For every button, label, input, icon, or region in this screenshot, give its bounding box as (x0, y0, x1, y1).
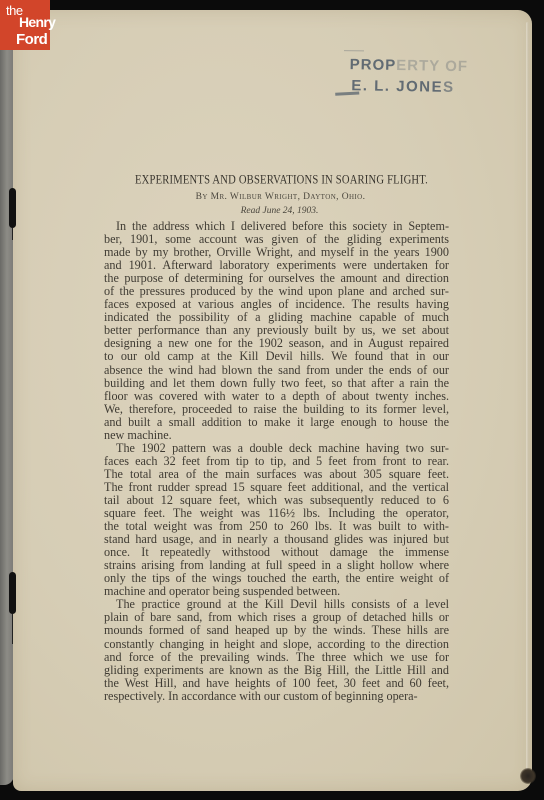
paragraph-3: The practice ground at the Kill Devil hi… (104, 598, 449, 702)
text-line: The 1902 pattern was a double deck machi… (104, 442, 449, 455)
text-line: building and let them down fully two fee… (104, 377, 449, 390)
text-line: The total area of the main surfaces was … (104, 468, 449, 481)
text-line: and built a small addition to make it la… (104, 416, 449, 429)
document-content: EXPERIMENTS AND OBSERVATIONS IN SOARING … (104, 175, 449, 703)
stamp-line-1-strong: PROP (350, 56, 397, 74)
stamp-line-1-faded: ERTY OF (396, 57, 468, 75)
document-byline: By Mr. Wilbur Wright, Dayton, Ohio. (112, 192, 449, 202)
corner-stain (520, 768, 536, 784)
text-line: and force of the prevailing winds. The t… (104, 651, 449, 664)
stamp-line-1: PROPERTY OF (350, 56, 469, 75)
paragraph-1: In the address which I delivered before … (104, 220, 449, 442)
stamp-line-2-faded: S (443, 79, 455, 96)
staple-top-tail (12, 228, 13, 240)
logo-line-henry: Henry (19, 15, 55, 29)
binding-spine (0, 40, 14, 785)
text-line: floor was covered with water to a depth … (104, 390, 449, 403)
paragraph-2: The 1902 pattern was a double deck machi… (104, 442, 449, 599)
text-line: the West Hill, and have heights of 100 f… (104, 677, 449, 690)
text-line: absence the wind had blown the sand from… (104, 364, 449, 377)
text-line: to our old camp at the Kill Devil hills.… (104, 350, 449, 363)
text-line: constantly changing in height and slope,… (104, 638, 449, 651)
document-read-date: Read June 24, 1903. (110, 206, 449, 216)
stamp-line-2-strong: E. L. JONE (351, 77, 443, 96)
henry-ford-logo[interactable]: the Henry Ford (0, 0, 50, 50)
document-body: In the address which I delivered before … (104, 220, 449, 703)
text-line: respectively. In accordance with our cus… (104, 690, 449, 703)
text-line: new machine. (104, 429, 449, 442)
stamp-line-2: E. L. JONES (351, 77, 454, 96)
text-line: mounds formed of sand heaped up by the w… (104, 624, 449, 637)
text-line: We, therefore, proceeded to raise the bu… (104, 403, 449, 416)
logo-line-ford: Ford (16, 32, 47, 47)
staple-bottom-tail (12, 614, 13, 644)
staple-bottom (9, 572, 16, 614)
text-line: gliding experiments are known as the Big… (104, 664, 449, 677)
staple-top (9, 188, 16, 228)
text-line: faces each 32 feet from tip to tip, and … (104, 455, 449, 468)
document-title: EXPERIMENTS AND OBSERVATIONS IN SOARING … (114, 174, 449, 187)
page-edge (526, 22, 529, 777)
